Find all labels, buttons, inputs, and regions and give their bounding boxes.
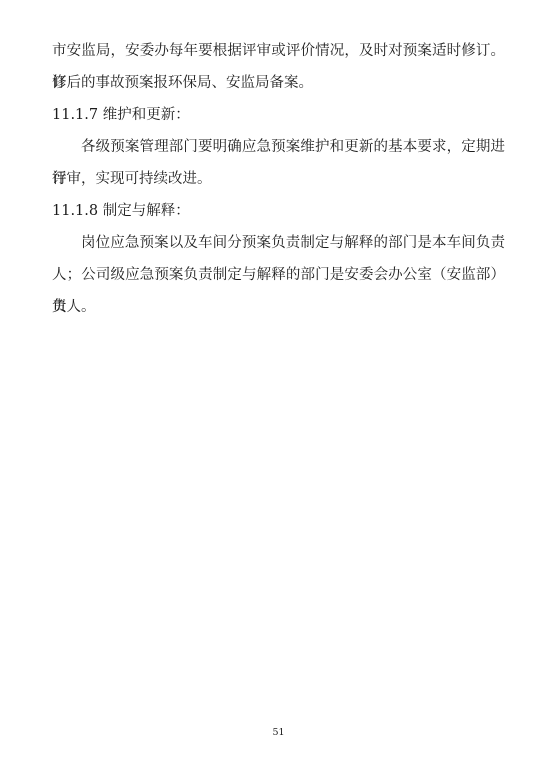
section-heading-11-1-7: 11.1.7 维护和更新： — [52, 99, 505, 131]
section-heading-11-1-8: 11.1.8 制定与解释： — [52, 195, 505, 227]
paragraph-line: 岗位应急预案以及车间分预案负责制定与解释的部门是本车间负责 — [52, 227, 505, 259]
paragraph-line: 市安监局，安委办每年要根据评审或评价情况，及时对预案适时修订。修 — [52, 35, 505, 67]
paragraph-line: 评审，实现可持续改进。 — [52, 163, 505, 195]
paragraph-line: 订后的事故预案报环保局、安监局备案。 — [52, 67, 505, 99]
page-number: 51 — [272, 727, 284, 738]
paragraph-line: 责人。 — [52, 291, 505, 323]
page-footer: 51 — [0, 720, 557, 740]
paragraph-line: 人；公司级应急预案负责制定与解释的部门是安委会办公室（安监部）负 — [52, 259, 505, 291]
body-text: 市安监局，安委办每年要根据评审或评价情况，及时对预案适时修订。修 订后的事故预案… — [52, 35, 505, 323]
paragraph-line: 各级预案管理部门要明确应急预案维护和更新的基本要求，定期进行 — [52, 131, 505, 163]
document-page: 市安监局，安委办每年要根据评审或评价情况，及时对预案适时修订。修 订后的事故预案… — [0, 0, 557, 779]
